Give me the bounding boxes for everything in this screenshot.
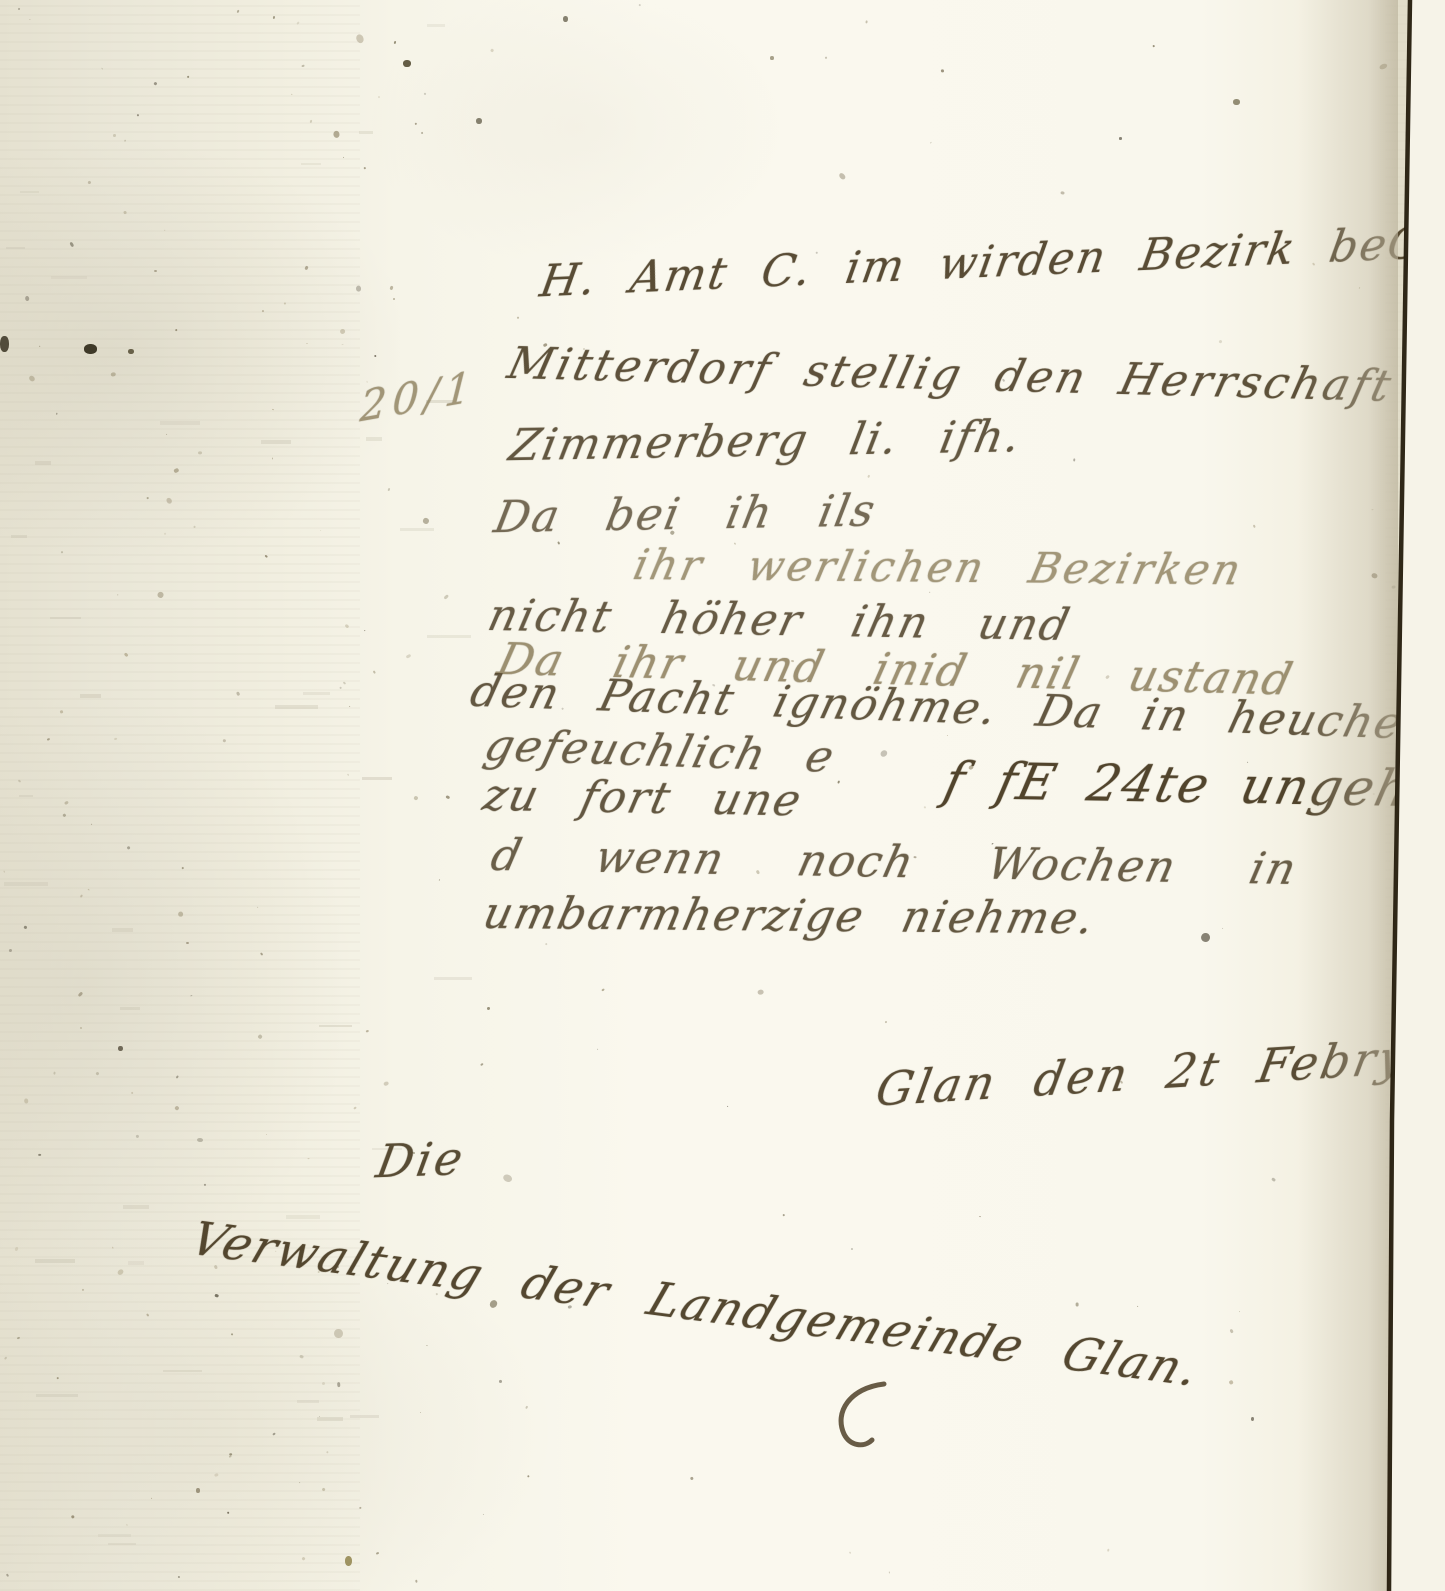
- handwritten-line: ihr werlichen Bezirken: [629, 540, 1248, 594]
- handwritten-line: Da bei ih ils: [490, 485, 881, 543]
- pen-flourish: [820, 1372, 910, 1462]
- date-line: Glan den 2t Febry: [872, 1030, 1413, 1117]
- closing-word: Die: [372, 1131, 469, 1188]
- handwritten-line: f fE 24te ungehalten: [939, 752, 1445, 820]
- margin-filing-number: 20/1: [358, 361, 478, 432]
- handwritten-line: d wenn noch Wochen in: [486, 830, 1302, 895]
- handwritten-line: zu fort une: [478, 770, 807, 826]
- handwritten-line: H. Amt C. im wirden Bezirk beClag: [536, 214, 1445, 307]
- handwritten-line: Zimmerberg li. ifh.: [505, 411, 1026, 471]
- handwritten-line: umbarmherzige niehme.: [479, 888, 1101, 944]
- manuscript-page: 20/1 H. Amt C. im wirden Bezirk beClag M…: [0, 0, 1445, 1591]
- paper-streak-texture: [0, 0, 360, 1591]
- handwritten-line: Mitterdorf stellig den Herrschaft: [503, 338, 1399, 412]
- closing-signature-line: Verwaltung der Landgemeinde Glan.: [183, 1212, 1208, 1397]
